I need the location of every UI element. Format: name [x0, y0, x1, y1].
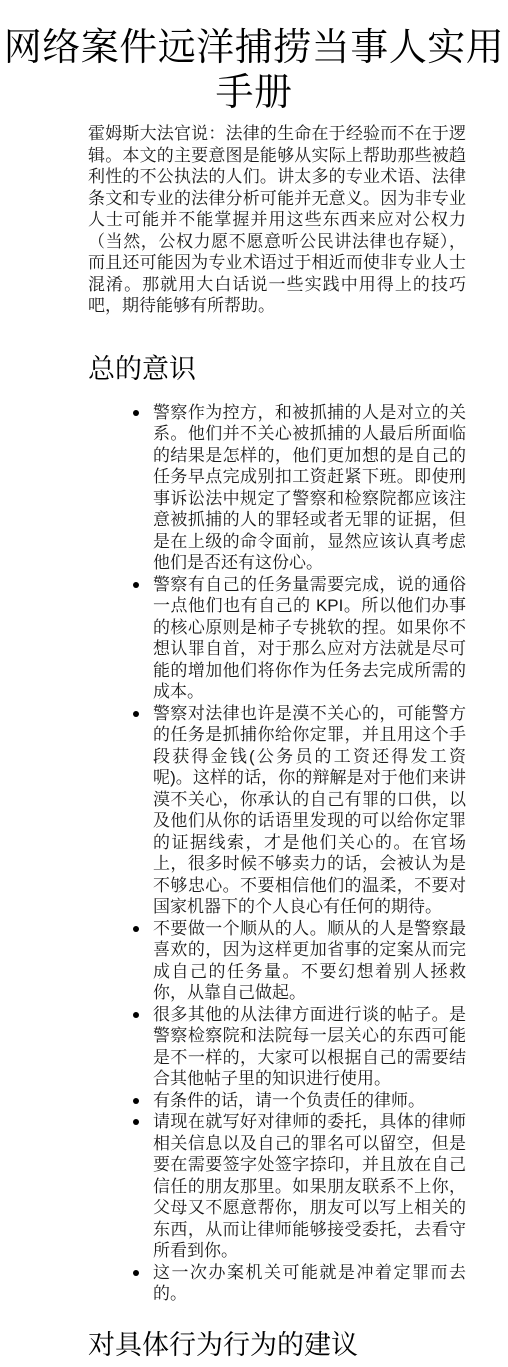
bullet-icon [133, 1098, 139, 1104]
list-item: 不要做一个顺从的人。顺从的人是警察最喜欢的，因为这样更加省事的定案从而完成自己的… [153, 918, 466, 1004]
bullet-icon [133, 410, 139, 416]
list-item-text: 警察有自己的任务量需要完成，说的通俗一点他们也有自己的 KPI。所以他们办事的核… [153, 575, 466, 702]
list-item: 请现在就写好对律师的委托，具体的律师相关信息以及自己的罪名可以留空，但是要在需要… [153, 1111, 466, 1262]
list-item-text: 这一次办案机关可能就是冲着定罪而去的。 [153, 1263, 466, 1304]
bullet-icon [133, 582, 139, 588]
section-heading-general: 总的意识 [88, 353, 466, 385]
list-item: 警察有自己的任务量需要完成，说的通俗一点他们也有自己的 KPI。所以他们办事的核… [153, 574, 466, 703]
list-item: 有条件的话，请一个负责任的律师。 [153, 1090, 466, 1112]
intro-paragraph: 霍姆斯大法官说：法律的生命在于经验而不在于逻辑。本文的主要意图是能够从实际上帮助… [88, 123, 466, 317]
list-item: 警察对法律也许是漠不关心的，可能警方的任务是抓捕你给你定罪，并且用这个手段获得金… [153, 703, 466, 918]
list-item-text: 请现在就写好对律师的委托，具体的律师相关信息以及自己的罪名可以留空，但是要在需要… [153, 1112, 466, 1260]
bullet-icon [133, 711, 139, 717]
list-item-text: 很多其他的从法律方面进行谈的帖子。是警察检察院和法院每一层关心的东西可能是不一样… [153, 1005, 466, 1089]
section-heading-specific: 对具体行为行为的建议 [88, 1329, 466, 1361]
list-item-text: 不要做一个顺从的人。顺从的人是警察最喜欢的，因为这样更加省事的定案从而完成自己的… [153, 919, 466, 1003]
bullet-icon [133, 1119, 139, 1125]
page-title: 网络案件远洋捕捞当事人实用手册 [0, 26, 508, 116]
list-item: 这一次办案机关可能就是冲着定罪而去的。 [153, 1262, 466, 1305]
list-item-text: 警察作为控方，和被抓捕的人是对立的关系。他们并不关心被抓捕的人最后所面临的结果是… [153, 403, 466, 573]
bullet-icon [133, 1012, 139, 1018]
list-item-text: 警察对法律也许是漠不关心的，可能警方的任务是抓捕你给你定罪，并且用这个手段获得金… [153, 704, 466, 917]
general-advice-list: 警察作为控方，和被抓捕的人是对立的关系。他们并不关心被抓捕的人最后所面临的结果是… [88, 402, 466, 1305]
article: 网络案件远洋捕捞当事人实用手册 霍姆斯大法官说：法律的生命在于经验而不在于逻辑。… [0, 0, 508, 1367]
list-item: 很多其他的从法律方面进行谈的帖子。是警察检察院和法院每一层关心的东西可能是不一样… [153, 1004, 466, 1090]
list-item: 警察作为控方，和被抓捕的人是对立的关系。他们并不关心被抓捕的人最后所面临的结果是… [153, 402, 466, 574]
list-item-text: 有条件的话，请一个负责任的律师。 [153, 1091, 425, 1110]
bullet-icon [133, 926, 139, 932]
bullet-icon [133, 1270, 139, 1276]
